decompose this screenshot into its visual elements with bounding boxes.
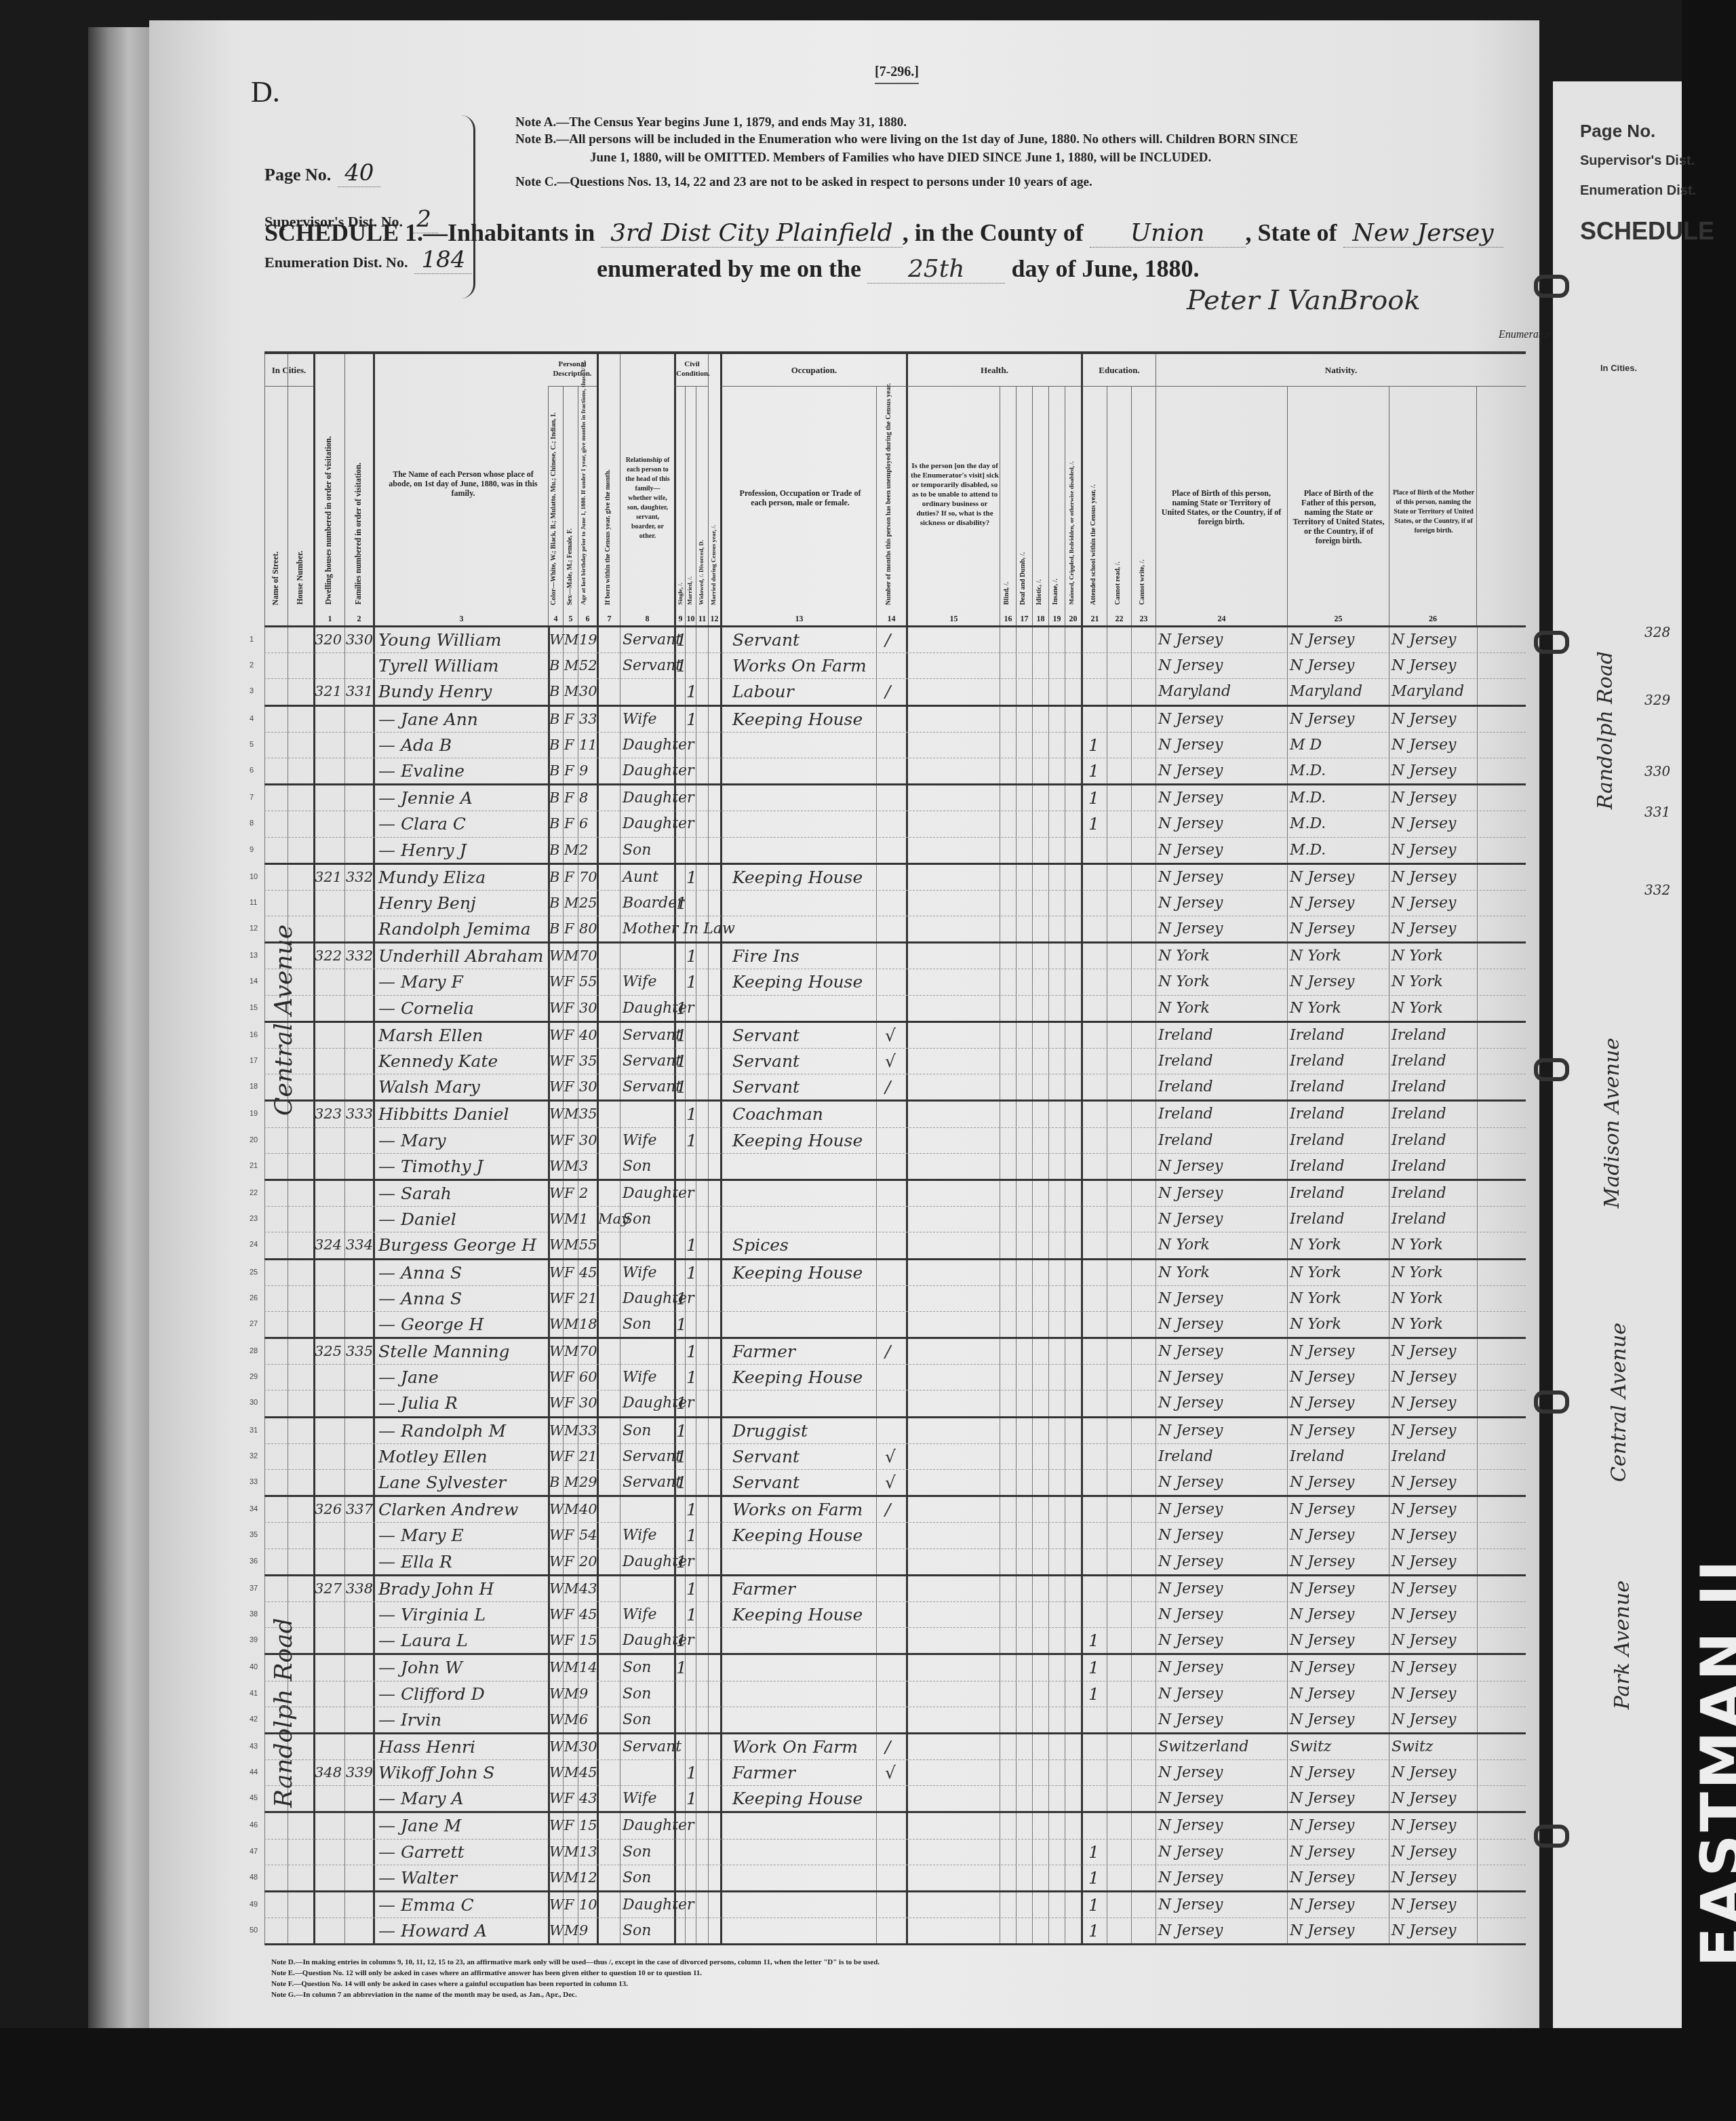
line-number: 47 xyxy=(250,1840,258,1865)
birthplace: N Jersey xyxy=(1158,1339,1223,1364)
header-group-nativity: Nativity. xyxy=(1156,354,1526,387)
single-mark: 1 xyxy=(676,996,687,1021)
color: W xyxy=(549,1602,564,1627)
unemployed-mark: / xyxy=(885,679,890,704)
school-mark: 1 xyxy=(1088,1628,1099,1653)
relationship: Daughter xyxy=(623,758,694,783)
sex: F xyxy=(564,1602,574,1627)
relationship: Son xyxy=(623,1840,652,1865)
age: 60 xyxy=(579,1365,597,1390)
schedule-title: SCHEDULE 1.—Inhabitants in xyxy=(264,219,595,246)
sex: M xyxy=(564,1840,579,1865)
background-bottom xyxy=(0,2028,1736,2121)
mother-birthplace: N Jersey xyxy=(1392,1786,1456,1811)
table-row: 40— John WWM14Son11N JerseyN JerseyN Jer… xyxy=(264,1655,1526,1681)
line-number: 8 xyxy=(250,811,254,836)
occupation: Keeping House xyxy=(732,707,863,732)
birthplace: N Jersey xyxy=(1158,1918,1223,1943)
person-name: Walsh Mary xyxy=(378,1074,480,1100)
family-number: 334 xyxy=(346,1232,373,1258)
mother-birthplace: N Jersey xyxy=(1392,733,1456,758)
person-name: — John W xyxy=(378,1655,462,1680)
mother-birthplace: Ireland xyxy=(1392,1444,1446,1469)
adj-street-4: Park Avenue xyxy=(1611,1580,1634,1709)
table-row: 36— Ella RWF20Daughter1N JerseyN JerseyN… xyxy=(264,1549,1526,1576)
father-birthplace: N Jersey xyxy=(1290,1707,1354,1732)
line-number: 26 xyxy=(250,1286,258,1311)
age: 29 xyxy=(579,1470,597,1495)
relationship: Servant xyxy=(623,1444,682,1469)
line-number: 22 xyxy=(250,1181,258,1206)
occupation: Servant xyxy=(732,1023,800,1048)
line-number: 39 xyxy=(250,1628,258,1653)
single-mark: 1 xyxy=(676,1444,687,1469)
sex: F xyxy=(564,969,574,994)
line-number: 18 xyxy=(250,1074,258,1100)
married-mark: 1 xyxy=(686,1232,697,1258)
note-d: Note D.—In making entries in columns 9, … xyxy=(271,1957,880,1968)
adj-street-1: Randolph Road xyxy=(1594,651,1617,809)
color: W xyxy=(549,1207,564,1232)
father-birthplace: N Jersey xyxy=(1290,916,1354,941)
state-label: , State of xyxy=(1246,219,1337,246)
father-birthplace: Ireland xyxy=(1290,1154,1345,1179)
father-birthplace: N Jersey xyxy=(1290,1497,1354,1522)
color: W xyxy=(549,1760,564,1785)
age: 45 xyxy=(579,1602,597,1627)
married-mark: 1 xyxy=(686,1339,697,1364)
sex: F xyxy=(564,1128,574,1153)
table-row: 37327338Brady John HWM431FarmerN JerseyN… xyxy=(264,1576,1526,1602)
sex: M xyxy=(564,1760,579,1785)
father-birthplace: N Jersey xyxy=(1290,1523,1354,1548)
age: 1 xyxy=(579,1207,588,1232)
mother-birthplace: N York xyxy=(1392,1232,1443,1258)
header-birth-month: If born within the Census year, give the… xyxy=(597,354,620,625)
occupation: Spices xyxy=(732,1232,789,1258)
school-mark: 1 xyxy=(1088,758,1099,783)
color: W xyxy=(549,1390,564,1416)
single-mark: 1 xyxy=(676,1470,687,1495)
birthplace: N Jersey xyxy=(1158,707,1223,732)
person-name: — Anna S xyxy=(378,1260,462,1285)
sex: F xyxy=(564,1023,574,1048)
line-number: 31 xyxy=(250,1418,258,1443)
relationship: Son xyxy=(623,1681,652,1707)
color: W xyxy=(549,1154,564,1179)
mother-birthplace: N Jersey xyxy=(1392,865,1456,890)
relationship: Wife xyxy=(623,1128,656,1153)
father-birthplace: Maryland xyxy=(1290,679,1362,704)
school-mark: 1 xyxy=(1088,1681,1099,1707)
mother-birthplace: N Jersey xyxy=(1392,627,1456,653)
person-name: — Julia R xyxy=(378,1390,458,1416)
adj-supervisor-label: Supervisor's Dist. xyxy=(1580,153,1695,169)
school-mark: 1 xyxy=(1088,733,1099,758)
person-name: Mundy Eliza xyxy=(378,865,486,890)
sex: F xyxy=(564,758,574,783)
line-number: 17 xyxy=(250,1049,258,1074)
father-birthplace: Ireland xyxy=(1290,1102,1345,1127)
person-name: — Laura L xyxy=(378,1628,468,1653)
relationship: Son xyxy=(623,1918,652,1943)
age: 40 xyxy=(579,1023,597,1048)
occupation: Servant xyxy=(732,1049,800,1074)
person-name: Kennedy Kate xyxy=(378,1049,498,1074)
unemployed-mark: / xyxy=(885,1734,890,1759)
birthplace: Ireland xyxy=(1158,1023,1213,1048)
mother-birthplace: N Jersey xyxy=(1392,758,1456,783)
age: 52 xyxy=(579,653,597,678)
line-number: 4 xyxy=(250,707,254,732)
adj-street-3: Central Avenue xyxy=(1607,1323,1631,1482)
table-row: 1320330Young WilliamWM19Servant1Servant/… xyxy=(264,627,1526,653)
person-name: — Henry J xyxy=(378,838,467,863)
line-number: 19 xyxy=(250,1102,258,1127)
mother-birthplace: Ireland xyxy=(1392,1102,1446,1127)
occupation: Servant xyxy=(732,1470,800,1495)
dwelling-number: 323 xyxy=(315,1102,342,1127)
age: 12 xyxy=(579,1865,597,1890)
father-birthplace: M.D. xyxy=(1290,758,1326,783)
person-name: — Jane xyxy=(378,1365,439,1390)
adj-dwelling: 329 xyxy=(1644,692,1670,708)
header-months-unemployed: Number of months this person has been un… xyxy=(876,387,906,625)
person-name: Bundy Henry xyxy=(378,679,492,704)
color: B xyxy=(549,707,559,732)
line-number: 38 xyxy=(250,1602,258,1627)
table-row: 34326337Clarken AndrewWM401Works on Farm… xyxy=(264,1497,1526,1523)
mother-birthplace: N York xyxy=(1392,996,1443,1021)
color: W xyxy=(549,627,564,653)
table-row: 12Randolph JemimaBF80Mother In LawN Jers… xyxy=(264,916,1526,943)
dwelling-number: 325 xyxy=(315,1339,342,1364)
person-name: — Virginia L xyxy=(378,1602,486,1627)
age: 45 xyxy=(579,1260,597,1285)
header-name: The Name of each Person whose place of a… xyxy=(373,354,548,625)
school-mark: 1 xyxy=(1088,1918,1099,1943)
birthplace: N Jersey xyxy=(1158,1286,1223,1311)
line-number: 50 xyxy=(250,1918,258,1943)
birthplace: N Jersey xyxy=(1158,1628,1223,1653)
person-name: — Daniel xyxy=(378,1207,456,1232)
age: 3 xyxy=(579,1154,588,1179)
single-mark: 1 xyxy=(676,1049,687,1074)
color: W xyxy=(549,1181,564,1206)
header-idiotic: Idiotic, /.18 xyxy=(1032,387,1048,625)
married-mark: 1 xyxy=(686,1102,697,1127)
sex: F xyxy=(564,1523,574,1548)
schedule-county: Union xyxy=(1090,219,1246,248)
father-birthplace: N Jersey xyxy=(1290,1339,1354,1364)
color: W xyxy=(549,1339,564,1364)
person-name: Stelle Manning xyxy=(378,1339,510,1364)
schedule-state: New Jersey xyxy=(1343,219,1503,248)
table-row: 13322332Underhill AbrahamWM701Fire InsN … xyxy=(264,943,1526,969)
birthplace: Ireland xyxy=(1158,1128,1213,1153)
birthplace: N Jersey xyxy=(1158,916,1223,941)
father-birthplace: N Jersey xyxy=(1290,1655,1354,1680)
relationship: Son xyxy=(623,838,652,863)
birthplace: N Jersey xyxy=(1158,1892,1223,1918)
married-mark: 1 xyxy=(686,679,697,704)
birthplace: Switzerland xyxy=(1158,1734,1248,1759)
table-row: 33Lane SylvesterBM29Servant1Servant√N Je… xyxy=(264,1470,1526,1497)
single-mark: 1 xyxy=(676,653,687,678)
relationship: Servant xyxy=(623,1734,682,1759)
person-name: — Evaline xyxy=(378,758,465,783)
mother-birthplace: N Jersey xyxy=(1392,1865,1456,1890)
header-mother-birthplace: Place of Birth of the Mother of this per… xyxy=(1389,387,1477,625)
person-name: Underhill Abraham xyxy=(378,943,544,969)
table-row: 32Motley EllenWF21Servant1Servant√Irelan… xyxy=(264,1444,1526,1470)
father-birthplace: Ireland xyxy=(1290,1074,1345,1100)
sex: M xyxy=(564,1918,579,1943)
age: 2 xyxy=(579,1181,588,1206)
age: 15 xyxy=(579,1628,597,1653)
color: W xyxy=(549,1418,564,1443)
line-number: 23 xyxy=(250,1207,258,1232)
father-birthplace: N Jersey xyxy=(1290,891,1354,916)
unemployed-mark: √ xyxy=(885,1760,896,1785)
enumerator-label: Enumerator xyxy=(1499,329,1551,341)
date-suffix: day of June, 1880. xyxy=(1011,255,1199,282)
age: 2 xyxy=(579,838,588,863)
color: W xyxy=(549,1049,564,1074)
birthplace: N Jersey xyxy=(1158,1523,1223,1548)
school-mark: 1 xyxy=(1088,1892,1099,1918)
birthplace: N Jersey xyxy=(1158,627,1223,653)
table-row: 49— Emma CWF10Daughter1N JerseyN JerseyN… xyxy=(264,1892,1526,1918)
line-number: 10 xyxy=(250,865,258,890)
footnotes: Note D.—In making entries in columns 9, … xyxy=(271,1957,880,2000)
sex: M xyxy=(564,1232,579,1258)
school-mark: 1 xyxy=(1088,785,1099,811)
line-number: 29 xyxy=(250,1365,258,1390)
unemployed-mark: √ xyxy=(885,1023,896,1048)
header-color: Color—White, W.; Black, B.; Mulatto, Mu.… xyxy=(548,387,563,625)
relationship: Son xyxy=(623,1207,652,1232)
mother-birthplace: Ireland xyxy=(1392,1128,1446,1153)
sex: M xyxy=(564,1707,579,1732)
enumerator-signature: Peter I VanBrook xyxy=(1187,285,1421,316)
sex: F xyxy=(564,916,574,941)
age: 33 xyxy=(579,707,597,732)
single-mark: 1 xyxy=(676,1549,687,1574)
header-father-birthplace: Place of Birth of the Father of this per… xyxy=(1287,387,1389,625)
father-birthplace: N York xyxy=(1290,1260,1341,1285)
color: W xyxy=(549,1232,564,1258)
age: 40 xyxy=(579,1497,597,1522)
person-name: Burgess George H xyxy=(378,1232,536,1258)
header-group-occupation: Occupation. xyxy=(720,354,906,387)
family-number: 330 xyxy=(346,627,373,653)
unemployed-mark: / xyxy=(885,1074,890,1100)
color: W xyxy=(549,1102,564,1127)
birthplace: N York xyxy=(1158,969,1210,994)
enumeration-label: Enumeration Dist. No. xyxy=(264,254,408,271)
person-name: — Clifford D xyxy=(378,1681,485,1707)
header-deaf-dumb: Deaf and Dumb, /.17 xyxy=(1016,387,1032,625)
line-number: 46 xyxy=(250,1813,258,1838)
mother-birthplace: N Jersey xyxy=(1392,838,1456,863)
header-maimed: Maimed, Crippled, Bedridden, or otherwis… xyxy=(1065,387,1081,625)
relationship: Son xyxy=(623,1865,652,1890)
person-name: — George H xyxy=(378,1312,484,1337)
adj-enumeration-label: Enumeration Dist. xyxy=(1580,183,1696,199)
person-name: — Jane Ann xyxy=(378,707,478,732)
age: 25 xyxy=(579,891,597,916)
father-birthplace: M.D. xyxy=(1290,785,1326,811)
table-row: 50— Howard AWM9Son1N JerseyN JerseyN Jer… xyxy=(264,1918,1526,1945)
color: W xyxy=(549,1840,564,1865)
father-birthplace: N Jersey xyxy=(1290,1681,1354,1707)
sex: F xyxy=(564,1286,574,1311)
married-mark: 1 xyxy=(686,1602,697,1627)
table-row: 17Kennedy KateWF35Servant1Servant√Irelan… xyxy=(264,1049,1526,1074)
family-number: 331 xyxy=(346,679,373,704)
age: 70 xyxy=(579,943,597,969)
adj-dwelling: 330 xyxy=(1644,763,1670,779)
age: 21 xyxy=(579,1444,597,1469)
age: 70 xyxy=(579,1339,597,1364)
page-no-label: Page No. xyxy=(264,165,331,184)
table-row: 5— Ada BBF11Daughter1N JerseyM DN Jersey xyxy=(264,733,1526,758)
sex: M xyxy=(564,1497,579,1522)
table-row: 2Tyrell WilliamBM52Servant1Works On Farm… xyxy=(264,653,1526,679)
person-name: — Anna S xyxy=(378,1286,462,1311)
school-mark: 1 xyxy=(1088,1840,1099,1865)
single-mark: 1 xyxy=(676,1655,687,1680)
person-name: Randolph Jemima xyxy=(378,916,531,941)
line-number: 16 xyxy=(250,1023,258,1048)
age: 19 xyxy=(579,627,597,653)
birthplace: N York xyxy=(1158,1232,1210,1258)
table-row: 35— Mary EWF54Wife1Keeping HouseN Jersey… xyxy=(264,1523,1526,1549)
person-name: — Emma C xyxy=(378,1892,474,1918)
table-row: 45— Mary AWF43Wife1Keeping HouseN Jersey… xyxy=(264,1786,1526,1813)
mother-birthplace: N Jersey xyxy=(1392,1840,1456,1865)
sex: M xyxy=(564,1734,579,1759)
age: 45 xyxy=(579,1760,597,1785)
birthplace: N Jersey xyxy=(1158,1576,1223,1601)
line-number: 44 xyxy=(250,1760,258,1785)
father-birthplace: M.D. xyxy=(1290,838,1326,863)
sex: M xyxy=(564,653,579,678)
person-name: — Jane M xyxy=(378,1813,461,1838)
father-birthplace: N Jersey xyxy=(1290,1576,1354,1601)
line-number: 43 xyxy=(250,1734,258,1759)
table-header: In Cities. Name of Street. House Number.… xyxy=(264,354,1526,627)
father-birthplace: N Jersey xyxy=(1290,1549,1354,1574)
father-birthplace: N Jersey xyxy=(1290,1418,1354,1443)
birthplace: N Jersey xyxy=(1158,865,1223,890)
sex: F xyxy=(564,1444,574,1469)
father-birthplace: N Jersey xyxy=(1290,1365,1354,1390)
married-mark: 1 xyxy=(686,1523,697,1548)
single-mark: 1 xyxy=(676,627,687,653)
sex: M xyxy=(564,838,579,863)
dwelling-number: 320 xyxy=(315,627,342,653)
person-name: — Mary F xyxy=(378,969,463,994)
enumeration-date-line: enumerated by me on the 25th day of June… xyxy=(597,254,1199,283)
single-mark: 1 xyxy=(676,1074,687,1100)
father-birthplace: Ireland xyxy=(1290,1181,1345,1206)
mother-birthplace: N Jersey xyxy=(1392,1576,1456,1601)
relationship: Servant xyxy=(623,653,682,678)
age: 15 xyxy=(579,1813,597,1838)
age: 8 xyxy=(579,785,588,811)
mother-birthplace: N York xyxy=(1392,1260,1443,1285)
table-row: 26— Anna SWF21Daughter1N JerseyN YorkN Y… xyxy=(264,1286,1526,1312)
person-name: Marsh Ellen xyxy=(378,1023,483,1048)
unemployed-mark: / xyxy=(885,1497,890,1522)
age: 35 xyxy=(579,1049,597,1074)
dwelling-number: 321 xyxy=(315,679,342,704)
father-birthplace: N Jersey xyxy=(1290,969,1354,994)
occupation: Servant xyxy=(732,627,800,653)
note-b-line2: June 1, 1880, will be OMITTED. Members o… xyxy=(590,151,1211,166)
age: 54 xyxy=(579,1523,597,1548)
birthplace: N Jersey xyxy=(1158,1470,1223,1495)
age: 30 xyxy=(579,1074,597,1100)
color: W xyxy=(549,1312,564,1337)
color: W xyxy=(549,1628,564,1653)
father-birthplace: N Jersey xyxy=(1290,653,1354,678)
sex: M xyxy=(564,627,579,653)
table-row: 39— Laura LWF15Daughter11N JerseyN Jerse… xyxy=(264,1628,1526,1655)
sex: M xyxy=(564,1576,579,1601)
age: 70 xyxy=(579,865,597,890)
father-birthplace: Ireland xyxy=(1290,1128,1345,1153)
header-relationship: Relationship of each person to the head … xyxy=(620,354,674,625)
relationship: Son xyxy=(623,1707,652,1732)
mother-birthplace: N York xyxy=(1392,1312,1443,1337)
unemployed-mark: / xyxy=(885,1339,890,1364)
sex: M xyxy=(564,1207,579,1232)
person-name: — Clara C xyxy=(378,811,466,836)
color: W xyxy=(549,996,564,1021)
header-married: Married, /.10 xyxy=(685,387,696,625)
age: 18 xyxy=(579,1312,597,1337)
table-row: 24324334Burgess George HWM551SpicesN Yor… xyxy=(264,1232,1526,1260)
occupation: Keeping House xyxy=(732,969,863,994)
relationship: Wife xyxy=(623,1523,656,1548)
birthplace: N Jersey xyxy=(1158,1390,1223,1416)
header-cannot-read: Cannot read, /.22 xyxy=(1107,387,1131,625)
table-row: 23— DanielWM1MaySonN JerseyIrelandIrelan… xyxy=(264,1207,1526,1232)
dwelling-number: 348 xyxy=(315,1760,342,1785)
birthplace: Ireland xyxy=(1158,1049,1213,1074)
mother-birthplace: N Jersey xyxy=(1392,1418,1456,1443)
color: W xyxy=(549,1576,564,1601)
person-name: — Mary xyxy=(378,1128,446,1153)
family-number: 337 xyxy=(346,1497,373,1522)
note-e: Note E.—Question No. 12 will only be ask… xyxy=(271,1968,880,1979)
table-row: 7— Jennie ABF8Daughter1N JerseyM.D.N Jer… xyxy=(264,785,1526,811)
age: 55 xyxy=(579,969,597,994)
book-page-edges xyxy=(88,27,156,2035)
table-row: 46— Jane MWF15DaughterN JerseyN JerseyN … xyxy=(264,1813,1526,1839)
sex: M xyxy=(564,1655,579,1680)
occupation: Keeping House xyxy=(732,1523,863,1548)
mother-birthplace: N Jersey xyxy=(1392,891,1456,916)
table-row: 25— Anna SWF45Wife1Keeping HouseN YorkN … xyxy=(264,1260,1526,1286)
sex: F xyxy=(564,707,574,732)
header-widowed: Widowed, /. Divorced, D.11 xyxy=(696,387,708,625)
line-number: 20 xyxy=(250,1128,258,1153)
sex: M xyxy=(564,1865,579,1890)
